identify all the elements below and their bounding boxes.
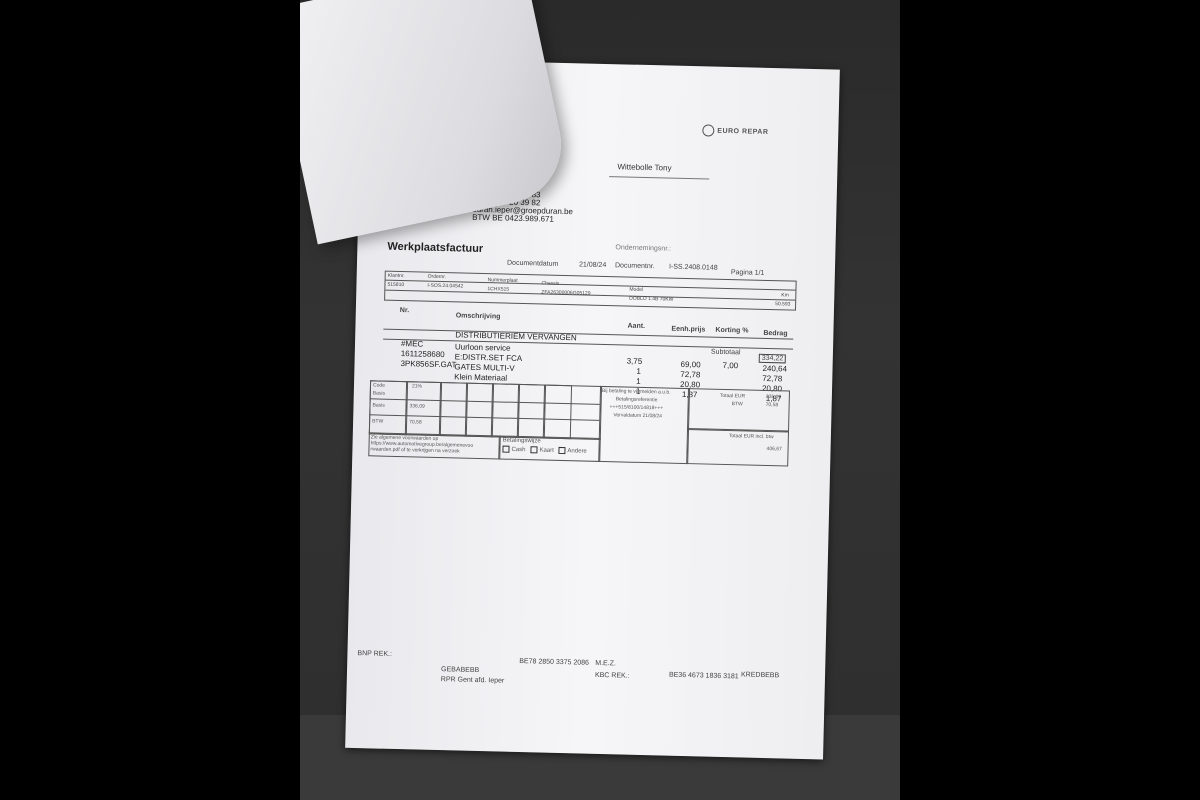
photo-background: EURO REPAR NV Garage DURAN Ieper Dehemla… <box>300 0 900 800</box>
item-desc: Klein Materiaal <box>454 372 507 382</box>
meta-value: 50.593 <box>775 301 790 307</box>
meta-header: Chassis <box>541 280 559 286</box>
item-amount: 72,78 <box>762 374 782 383</box>
payment-option-kaart[interactable]: Kaart <box>530 446 554 454</box>
item-nr: 1611258680 <box>401 349 445 359</box>
col-desc: Omschrijving <box>456 312 501 320</box>
docnr-label: Documentnr. <box>615 262 655 270</box>
meta-header: Klantnr. <box>388 273 405 279</box>
checkbox-icon <box>558 447 565 454</box>
page-number: Pagina 1/1 <box>731 269 765 277</box>
col-qty: Aant. <box>627 323 645 330</box>
item-amount: 240,64 <box>762 364 787 374</box>
bnp-label: BNP REK.: <box>357 650 392 658</box>
payment-method-label: Betalingswijze <box>503 438 541 445</box>
col-nr: Nr. <box>400 307 410 314</box>
payment-option-cash[interactable]: Cash <box>502 446 525 454</box>
total-value: 336,09 <box>766 394 781 400</box>
option-label: Kaart <box>539 448 553 454</box>
meta-header: Ordernr. <box>428 274 446 280</box>
vat-btw-value: 70,58 <box>409 419 422 425</box>
btw-label: BTW <box>732 401 743 407</box>
vat-basis-label: Basis <box>373 390 385 396</box>
vat-basis-label: Basis <box>372 402 384 408</box>
logo-text: EURO REPAR <box>717 127 768 135</box>
item-unit: 72,78 <box>680 370 700 379</box>
checkbox-icon <box>502 446 509 453</box>
kbc-bic: KREDBEBB <box>741 671 779 679</box>
document-title: Werkplaatsfactuur <box>387 241 483 255</box>
item-qty: 1 <box>636 377 641 386</box>
meta-header: Nummerplaat <box>488 277 518 284</box>
item-nr: #MEC <box>401 339 423 349</box>
meta-value: 1CHX515 <box>487 286 509 293</box>
vat-basis-value: 336,09 <box>409 403 424 409</box>
checkbox-icon <box>530 446 537 453</box>
total-incl-value: 406,67 <box>766 446 781 452</box>
meta-header: Model <box>629 287 643 293</box>
item-qty: 1 <box>636 367 641 376</box>
docnr-value: I-SS.2408.0148 <box>669 264 718 272</box>
item-nr: 3PK856SF.GAT <box>400 359 456 369</box>
option-label: Andere <box>567 448 587 454</box>
option-label: Cash <box>511 447 525 453</box>
meta-value: 515810 <box>387 282 404 288</box>
date-value: 21/08/24 <box>579 261 606 269</box>
total-incl-label: Totaal EUR incl. btw <box>729 433 774 440</box>
meta-value: I-SOS.24.04542 <box>427 283 463 290</box>
bnp-bic: GEBABEBB <box>441 666 479 674</box>
item-unit: 69,00 <box>680 360 700 369</box>
meta-table: Klantnr. Ordernr. Nummerplaat Chassis Mo… <box>384 271 797 311</box>
vat-number-value: BTW BE 0423.989.671 <box>472 213 554 224</box>
col-disc: Korting % <box>715 327 748 335</box>
item-desc: Uurloon service <box>455 342 511 352</box>
rpr: RPR Gent afd. Ieper <box>441 676 505 685</box>
euro-repar-logo: EURO REPAR <box>702 124 768 138</box>
item-desc: E:DISTR.SET FCA <box>455 352 523 363</box>
subtotal-label: Subtotaal <box>711 349 741 357</box>
payment-reference: +++515/8100/14818+++ <box>609 404 663 411</box>
ondernemingsnr-label: Ondernemingsnr.: <box>615 244 671 252</box>
vat-code-label: Code <box>373 382 385 388</box>
btw-value: 70,58 <box>766 402 779 408</box>
meta-header: Km <box>781 292 789 298</box>
meta-value: DOBLO 1.4B 70KW <box>629 296 673 303</box>
col-unit: Eenh.prijs <box>671 326 705 334</box>
item-desc: GATES MULTI-V <box>454 362 514 372</box>
mez: M.E.Z. <box>595 660 616 668</box>
customer-name: Wittebolle Tony <box>617 162 671 172</box>
item-disc: 7,00 <box>722 361 738 370</box>
logo-icon <box>702 124 714 136</box>
total-label: Totaal EUR <box>720 393 745 400</box>
kbc-iban: BE36 4673 1836 3181 <box>669 672 739 681</box>
meta-value: ZFA26300006G05129 <box>541 289 590 296</box>
kbc-label: KBC REK.: <box>595 672 630 680</box>
item-qty: 3,75 <box>627 357 643 366</box>
vat-code: 21% <box>412 383 422 389</box>
due-date: Vervaldatum 21/08/24 <box>613 412 662 419</box>
col-amount: Bedrag <box>763 330 787 338</box>
subtotal-value: 334,22 <box>759 354 787 364</box>
payment-ref-line: Betalingsreferentie <box>616 396 658 403</box>
bnp-iban: BE78 2850 3375 2086 <box>519 658 589 667</box>
payment-option-andere[interactable]: Andere <box>558 447 587 455</box>
vat-btw-label: BTW <box>372 418 383 424</box>
date-label: Documentdatum <box>507 260 559 268</box>
summary-grid: Code 21% Basis Basis 336,09 BTW 70,58 Zi… <box>368 380 790 462</box>
